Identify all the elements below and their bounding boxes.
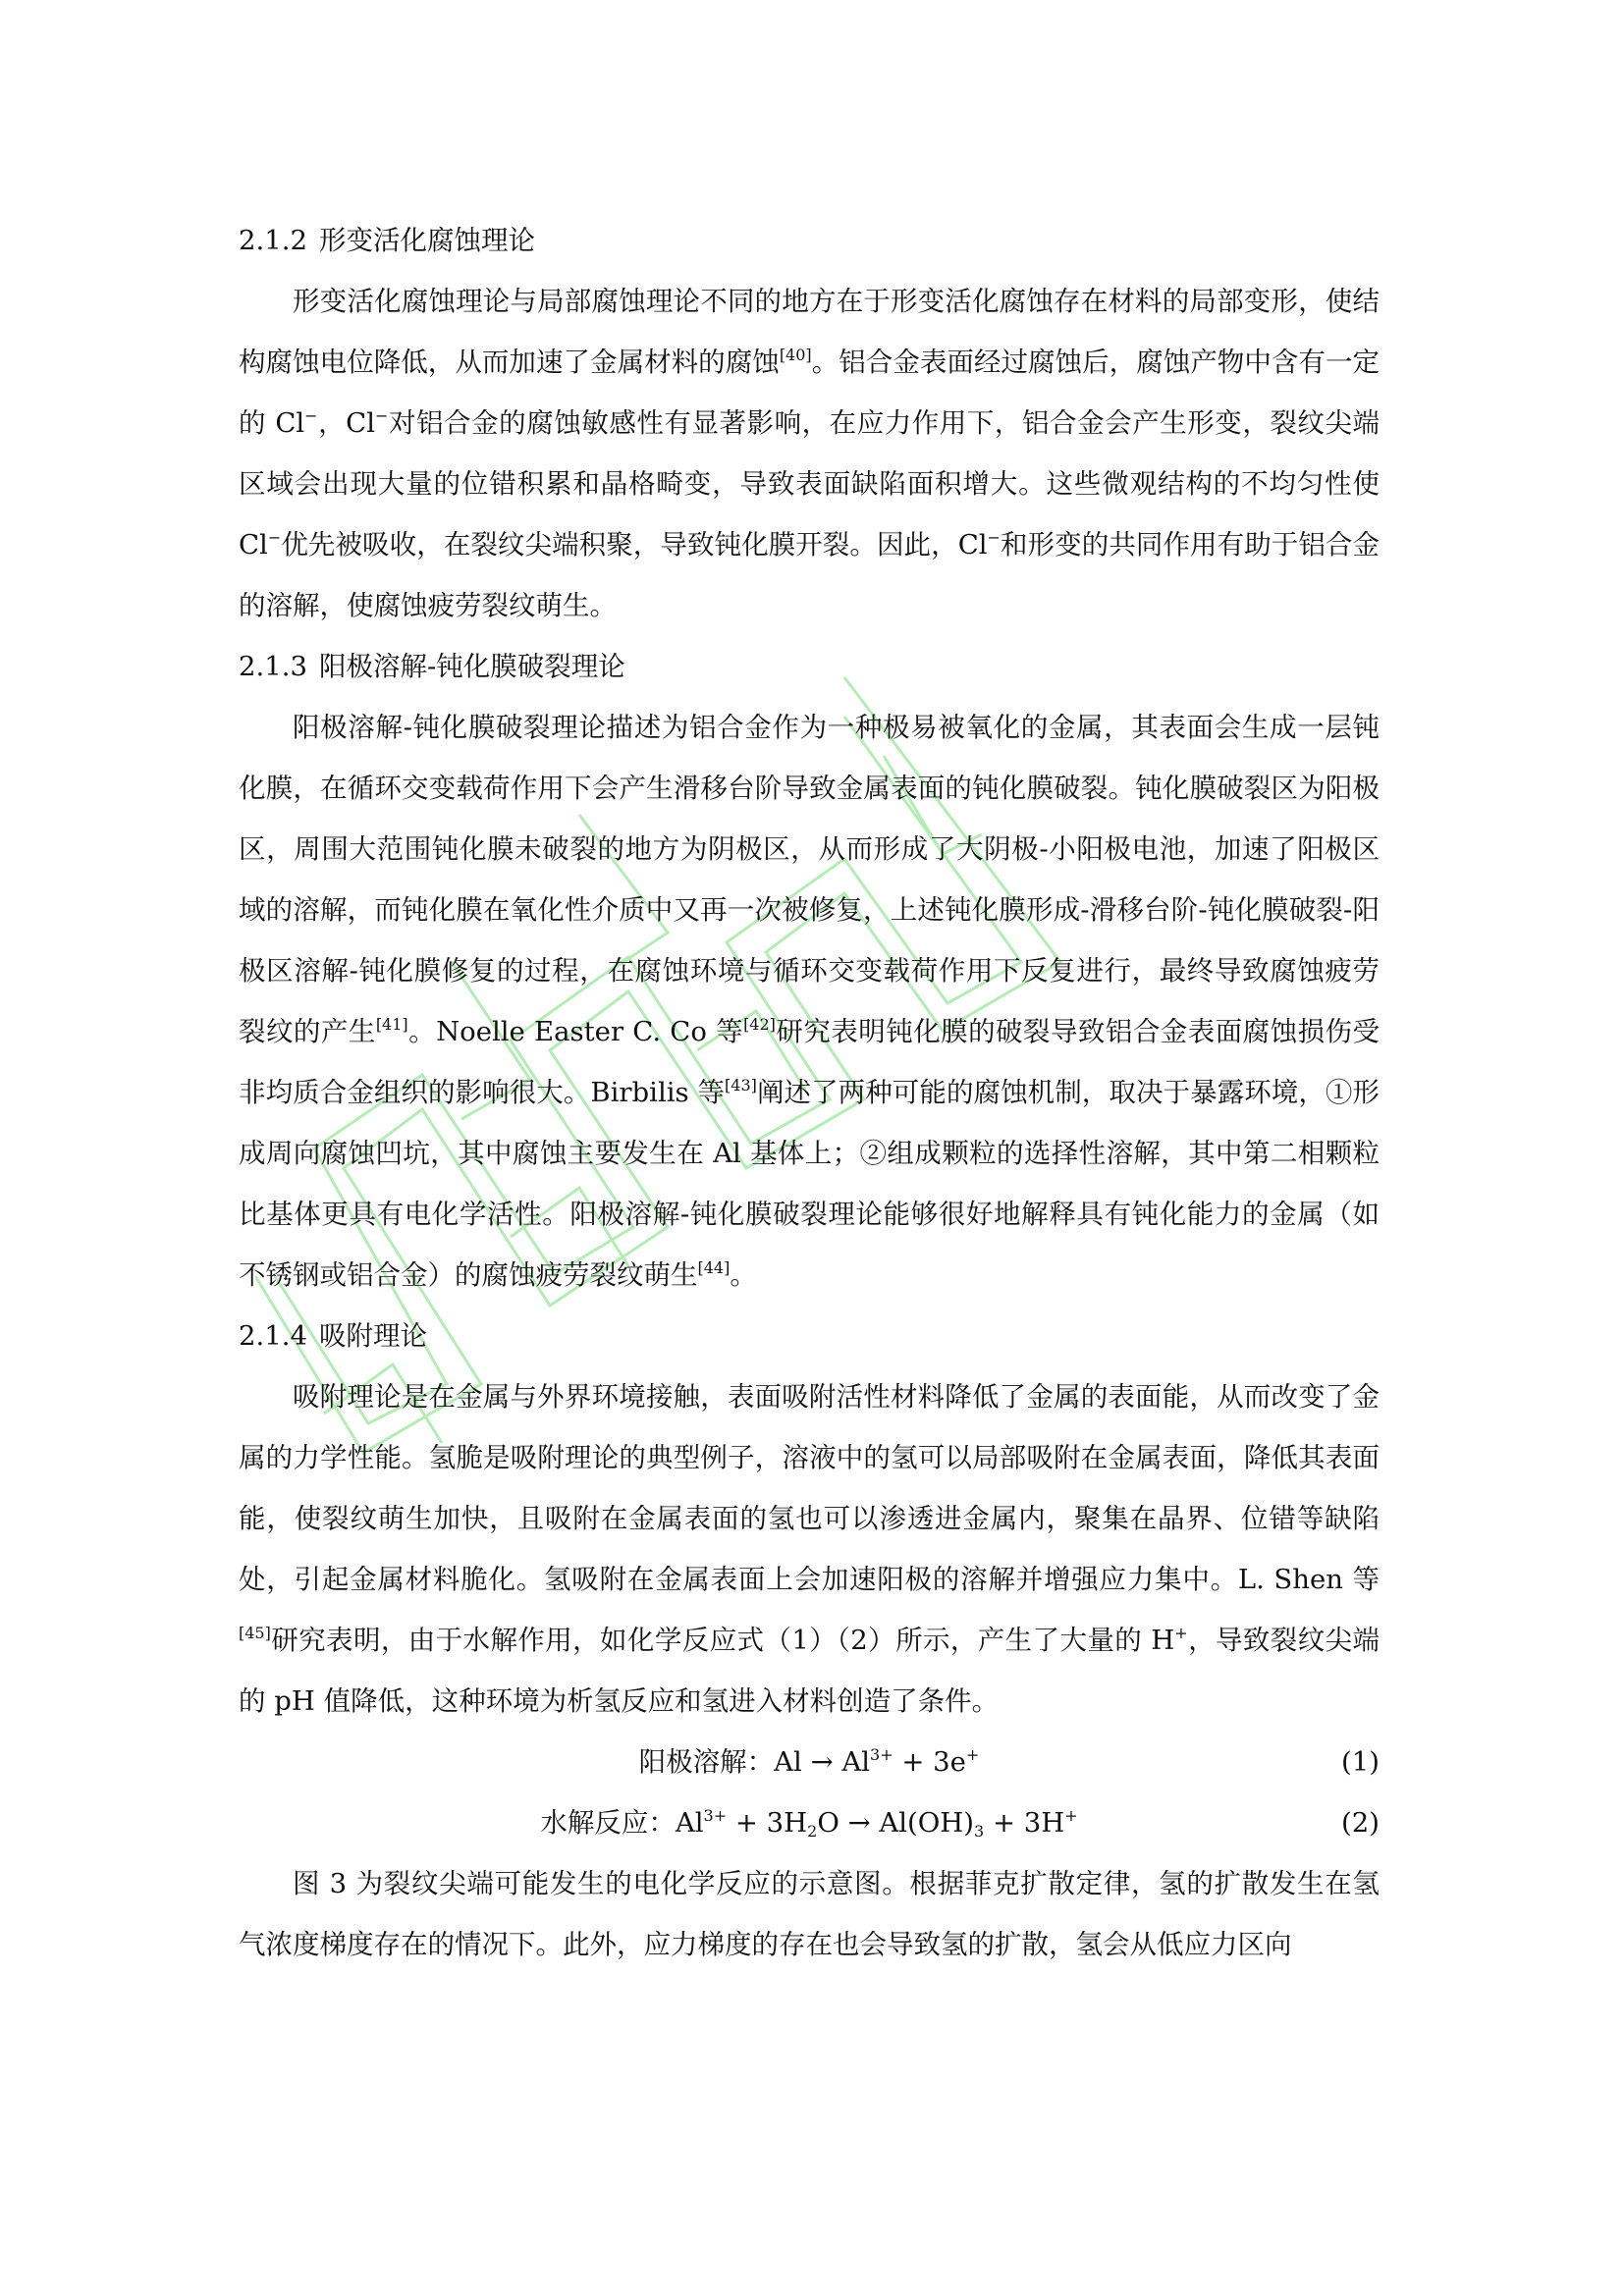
equation-term: + 3H bbox=[727, 1807, 807, 1839]
paragraph-adsorption: 吸附理论是在金属与外界环境接触，表面吸附活性材料降低了金属的表面能，从而改变了金… bbox=[239, 1366, 1380, 1732]
section-number: 2.1.4 bbox=[239, 1306, 319, 1366]
charge-superscript: 3+ bbox=[704, 1806, 728, 1825]
document-page: 2.1.2形变活化腐蚀理论 形变活化腐蚀理论与局部腐蚀理论不同的地方在于形变活化… bbox=[0, 0, 1624, 2296]
paragraph-anodic-dissolution: 阳极溶解-钝化膜破裂理论描述为铝合金作为一种极易被氧化的金属，其表面会生成一层钝… bbox=[239, 697, 1380, 1306]
section-title: 阳极溶解-钝化膜破裂理论 bbox=[319, 651, 625, 682]
section-title: 形变活化腐蚀理论 bbox=[319, 225, 535, 256]
charge-superscript: + bbox=[966, 1745, 979, 1764]
charge-superscript: + bbox=[1064, 1806, 1077, 1825]
section-heading-2-1-3: 2.1.3阳极溶解-钝化膜破裂理论 bbox=[239, 636, 1380, 697]
subscript: 2 bbox=[807, 1822, 817, 1841]
ion-charge: + bbox=[1174, 1624, 1187, 1642]
text-run: 。 bbox=[730, 1259, 757, 1291]
document-body: 2.1.2形变活化腐蚀理论 形变活化腐蚀理论与局部腐蚀理论不同的地方在于形变活化… bbox=[239, 210, 1380, 1975]
text-run: 研究表明，由于水解作用，如化学反应式（1）（2）所示，产生了大量的 H bbox=[271, 1625, 1174, 1656]
paragraph-deformation-activation: 形变活化腐蚀理论与局部腐蚀理论不同的地方在于形变活化腐蚀存在材料的局部变形，使结… bbox=[239, 271, 1380, 636]
citation-ref: [42] bbox=[743, 1015, 776, 1034]
subscript: 3 bbox=[974, 1822, 984, 1841]
section-heading-2-1-2: 2.1.2形变活化腐蚀理论 bbox=[239, 210, 1380, 271]
citation-ref: [41] bbox=[376, 1015, 408, 1034]
text-run: 阐述了两种可能的腐蚀机制，取决于暴露环境，①形成周向腐蚀凹坑，其中腐蚀主要发生在… bbox=[239, 1077, 1380, 1291]
equation-expression: 水解反应：Al3+ + 3H2O → Al(OH)3 + 3H+ bbox=[239, 1792, 1380, 1853]
equation-number: (2) bbox=[1341, 1792, 1380, 1853]
section-title: 吸附理论 bbox=[319, 1320, 427, 1352]
ion-charge: − bbox=[988, 528, 1001, 547]
equation-number: (1) bbox=[1341, 1732, 1380, 1792]
charge-superscript: 3+ bbox=[870, 1745, 893, 1764]
equation-label: 水解反应： bbox=[540, 1807, 676, 1839]
citation-ref: [43] bbox=[725, 1076, 757, 1095]
ion-charge: − bbox=[304, 406, 317, 425]
ion-charge: − bbox=[375, 406, 388, 425]
paragraph-figure-3-description: 图 3 为裂纹尖端可能发生的电化学反应的示意图。根据菲克扩散定律，氢的扩散发生在… bbox=[239, 1853, 1380, 1975]
citation-ref: [45] bbox=[239, 1624, 271, 1642]
equation-term: Al → Al bbox=[774, 1746, 870, 1778]
citation-ref: [40] bbox=[780, 346, 812, 364]
equation-expression: 阳极溶解：Al → Al3+ + 3e+ bbox=[239, 1732, 1380, 1792]
section-number: 2.1.2 bbox=[239, 210, 319, 271]
equation-label: 阳极溶解： bbox=[639, 1746, 775, 1778]
section-number: 2.1.3 bbox=[239, 636, 319, 697]
equation-1: 阳极溶解：Al → Al3+ + 3e+ (1) bbox=[239, 1732, 1380, 1792]
equation-term: O → Al(OH) bbox=[817, 1807, 974, 1839]
equation-term: + 3e bbox=[893, 1746, 966, 1778]
equation-term: + 3H bbox=[984, 1807, 1064, 1839]
text-run: ，Cl bbox=[318, 407, 375, 439]
text-run: 。Noelle Easter C. Co 等 bbox=[408, 1016, 743, 1047]
ion-charge: − bbox=[268, 528, 281, 547]
text-run: 吸附理论是在金属与外界环境接触，表面吸附活性材料降低了金属的表面能，从而改变了金… bbox=[239, 1381, 1380, 1595]
text-run: 阳极溶解-钝化膜破裂理论描述为铝合金作为一种极易被氧化的金属，其表面会生成一层钝… bbox=[239, 712, 1380, 1047]
equation-2: 水解反应：Al3+ + 3H2O → Al(OH)3 + 3H+ (2) bbox=[239, 1792, 1380, 1853]
text-run: 优先被吸收，在裂纹尖端积聚，导致钝化膜开裂。因此，Cl bbox=[281, 529, 987, 561]
section-heading-2-1-4: 2.1.4吸附理论 bbox=[239, 1306, 1380, 1366]
equation-term: Al bbox=[676, 1807, 704, 1839]
citation-ref: [44] bbox=[698, 1258, 731, 1277]
